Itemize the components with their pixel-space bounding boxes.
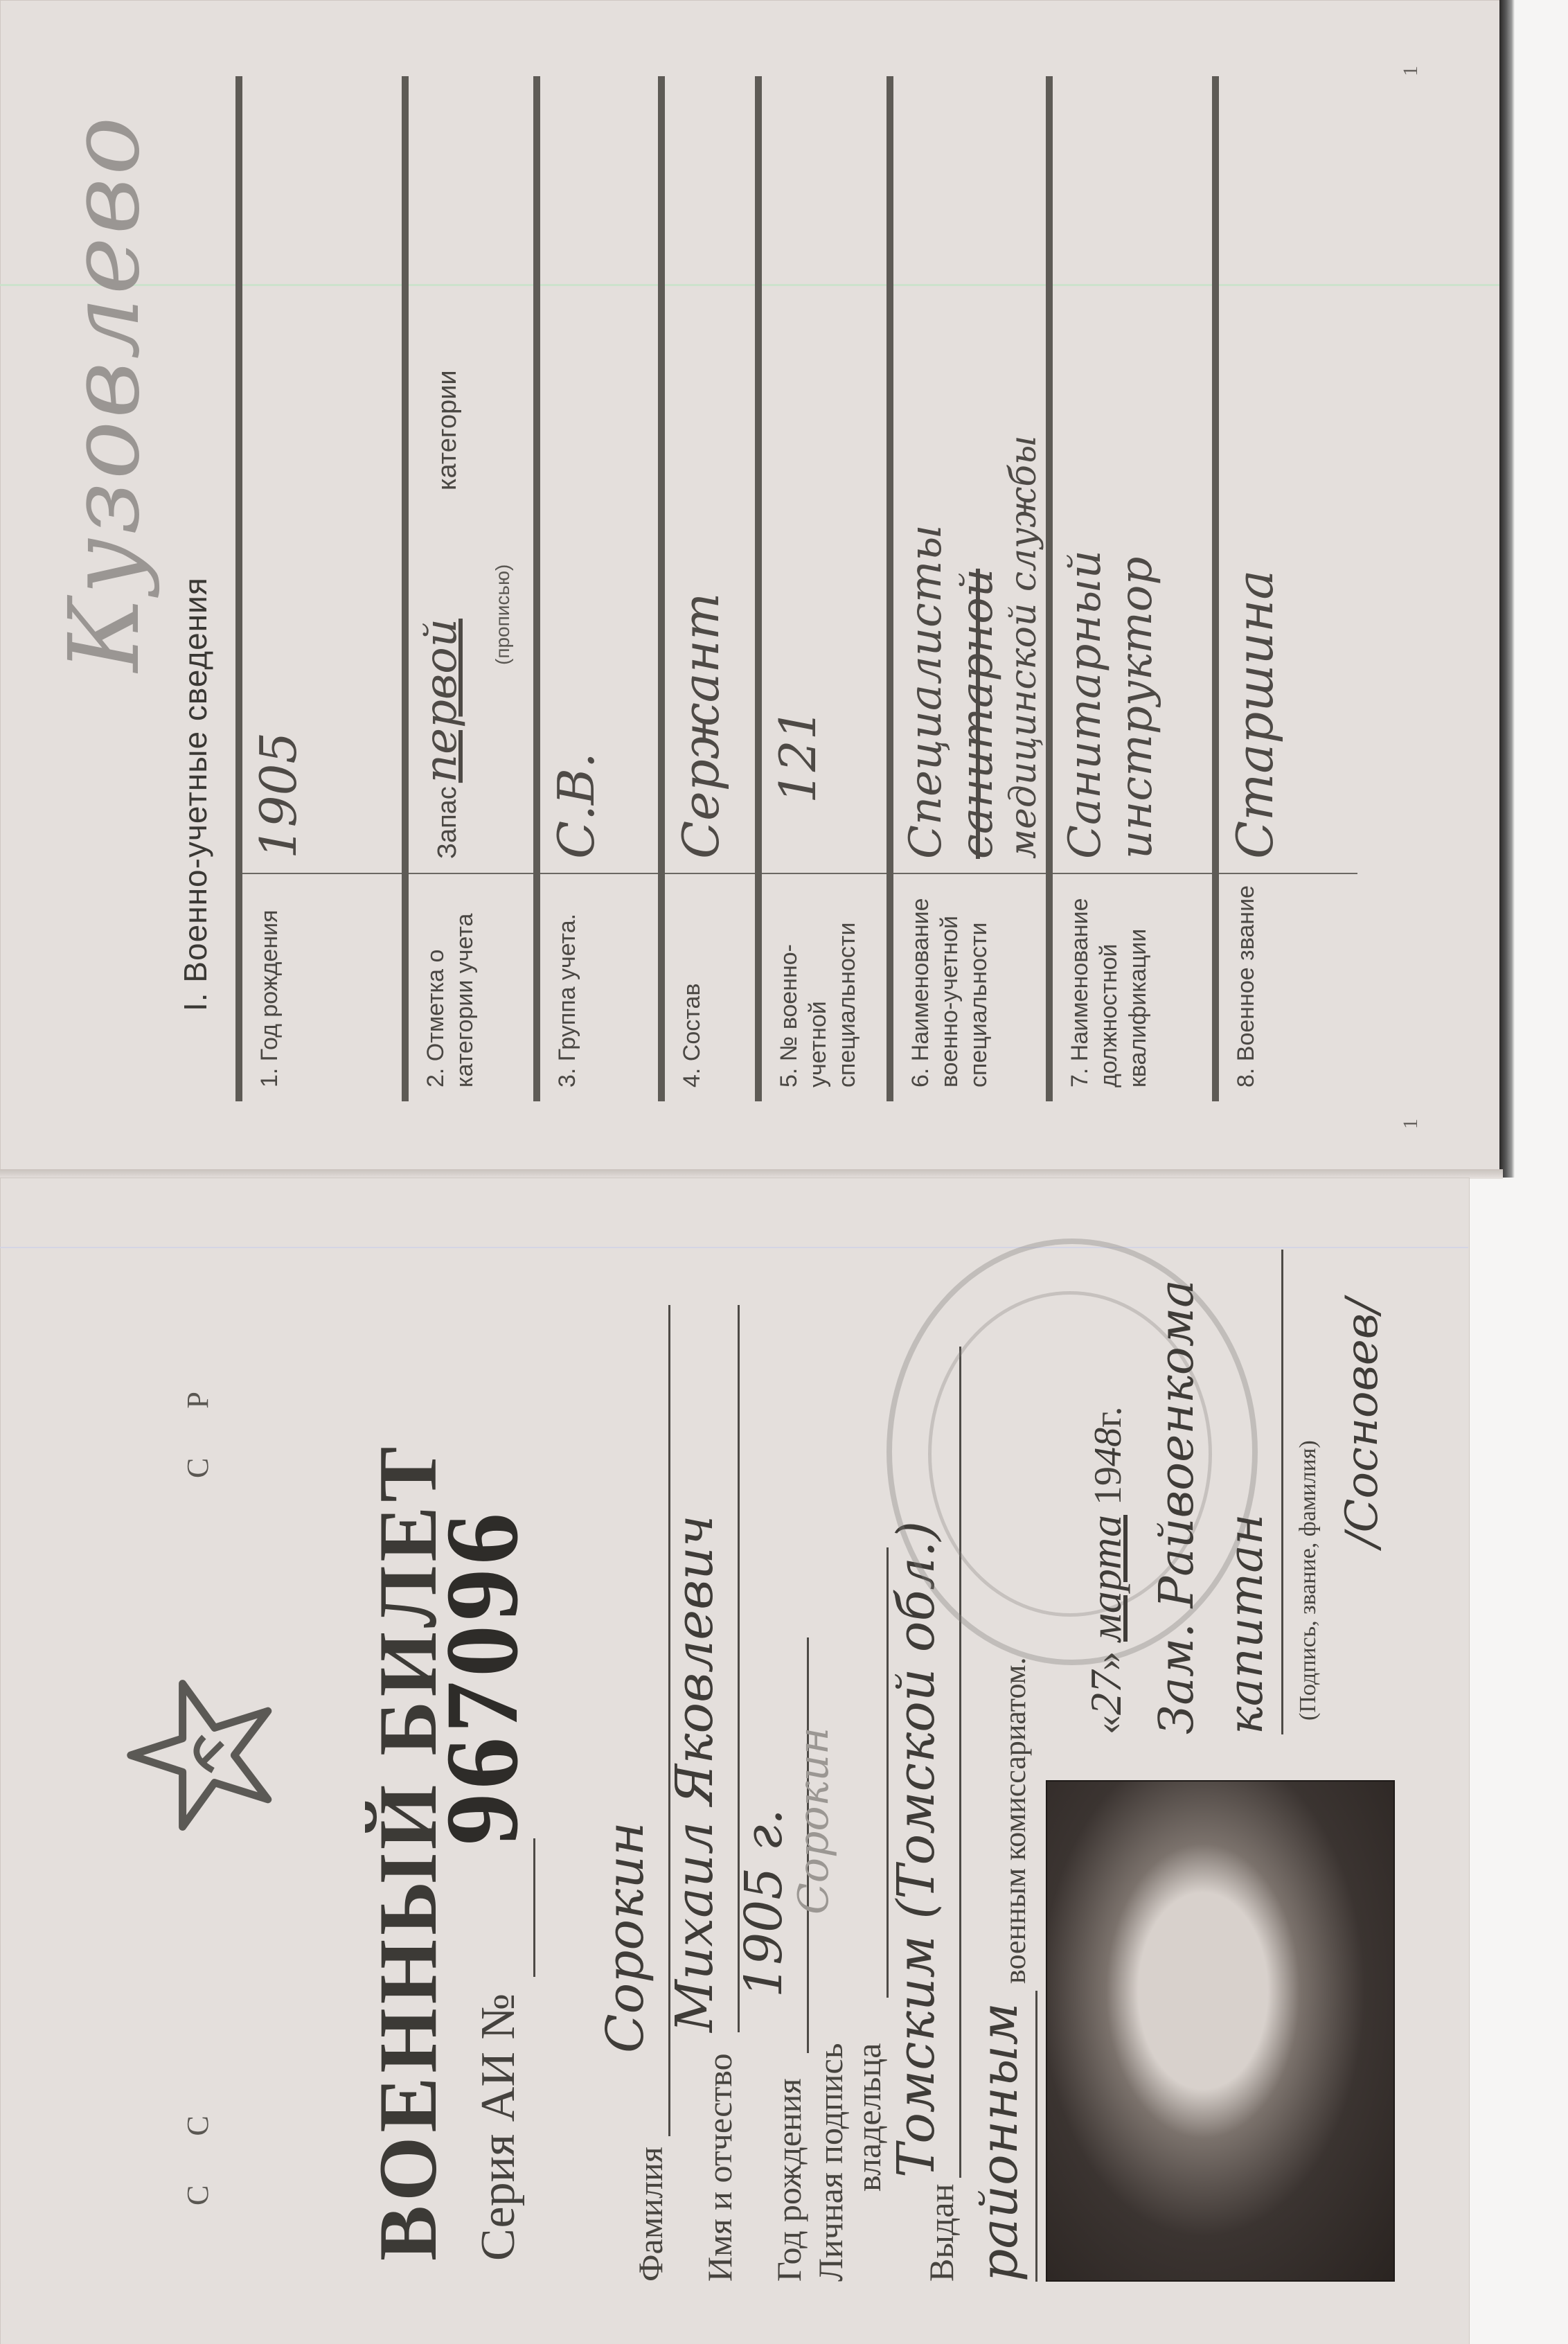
pencil-note: Кузовлево xyxy=(48,114,161,672)
table-row-group: 3. Группа учета. С.В. xyxy=(540,76,665,1101)
surname-value: Сорокин xyxy=(596,1822,655,2053)
row-value: С.В. xyxy=(540,76,658,873)
row-label: 5. № военно-учетной специальности xyxy=(762,873,887,1101)
serial-number: 967096 xyxy=(422,1509,542,1845)
signer-caption: (Подпись, звание, фамилия) xyxy=(1295,1440,1321,1721)
signer-underline xyxy=(1281,1250,1283,1734)
issue-date: «27» марта 1948г. xyxy=(1080,1406,1132,1734)
row-label: 4. Состав xyxy=(665,873,755,1101)
page-mark: 1 xyxy=(1399,66,1423,76)
signer-title: Зам. Райвоенкома xyxy=(1150,1279,1204,1734)
page-mark: 1 xyxy=(1399,1119,1423,1129)
table-row-category: 2. Отметка о категории учета Запас перво… xyxy=(409,76,540,1101)
serial-label: Серия АИ № xyxy=(471,1994,526,2261)
birth-year-value: 1905 г. xyxy=(734,1809,794,1998)
row-value: Запас первой категории (прописью) xyxy=(409,76,533,873)
table-row-birth-year: 1. Год рождения 1905 xyxy=(242,76,409,1101)
table-row-qualification: 7. Наименование должностной квалификации… xyxy=(1053,76,1219,1101)
records-page-content: Кузовлево I. Военно-учетные сведения 1. … xyxy=(0,0,1503,1171)
row-label: 2. Отметка о категории учета xyxy=(409,873,533,1101)
issued-value-1: Томским (Томской обл.) xyxy=(887,1521,946,2178)
row-label: 8. Военное звание xyxy=(1219,873,1357,1101)
issued-value-2: районным xyxy=(970,2003,1029,2282)
owner-signature: Сорокин xyxy=(790,1727,838,1915)
emblem-letters-right: С Р xyxy=(180,1371,215,1478)
table-row-specialty-number: 5. № военно-учетной специальности 121 xyxy=(762,76,893,1101)
row-label: 1. Год рождения xyxy=(242,873,402,1101)
table-row-composition: 4. Состав Сержант xyxy=(665,76,762,1101)
signer-name: /Сосновев/ xyxy=(1337,1298,1388,1547)
ticket-page-content: С С С Р ВОЕННЫЙ БИЛЕТ Серия АИ № 967096 … xyxy=(0,1178,1468,2344)
table-row-rank: 8. Военное звание Старшина xyxy=(1219,76,1357,1101)
table-top-rule xyxy=(235,76,242,1101)
signature-label-2: владельца xyxy=(848,2043,889,2192)
name-label: Имя и отчество xyxy=(700,2053,740,2282)
records-table: 1. Год рождения 1905 2. Отметка о катего… xyxy=(235,76,1357,1101)
signature-label: Личная подпись xyxy=(810,2043,850,2282)
surname-label: Фамилия xyxy=(630,2147,670,2282)
portrait-photo xyxy=(1046,1780,1395,2282)
issued-label: Выдан xyxy=(921,2184,961,2282)
section-title: I. Военно-учетные сведения xyxy=(177,577,214,1011)
table-row-specialty-name: 6. Наименование военно-учетной специальн… xyxy=(893,76,1053,1101)
emblem-letters-left: С С xyxy=(180,2095,215,2205)
star-hammer-sickle-icon xyxy=(125,1679,277,1831)
row-value: 1905 xyxy=(242,76,402,873)
row-value: Старшина xyxy=(1219,76,1357,873)
birth-year-label: Год рождения xyxy=(769,2079,809,2282)
issued-underline-2 xyxy=(1035,1991,1037,2282)
row-value: Санитарный инструктор xyxy=(1053,76,1212,873)
name-value: Михаил Яковлевич xyxy=(665,1515,724,2032)
row-label: 7. Наименование должностной квалификации xyxy=(1053,873,1212,1101)
serial-underline xyxy=(533,1838,535,1977)
row-value: 121 xyxy=(762,76,887,873)
row-value: Специалисты санитарной медицинской служб… xyxy=(893,76,1046,873)
row-value: Сержант xyxy=(665,76,755,873)
issued-suffix: военным комиссариатом. xyxy=(997,1658,1033,1984)
row-label: 6. Наименование военно-учетной специальн… xyxy=(893,873,1046,1101)
row-label: 3. Группа учета. xyxy=(540,873,658,1101)
signer-rank: капитан xyxy=(1219,1513,1274,1734)
